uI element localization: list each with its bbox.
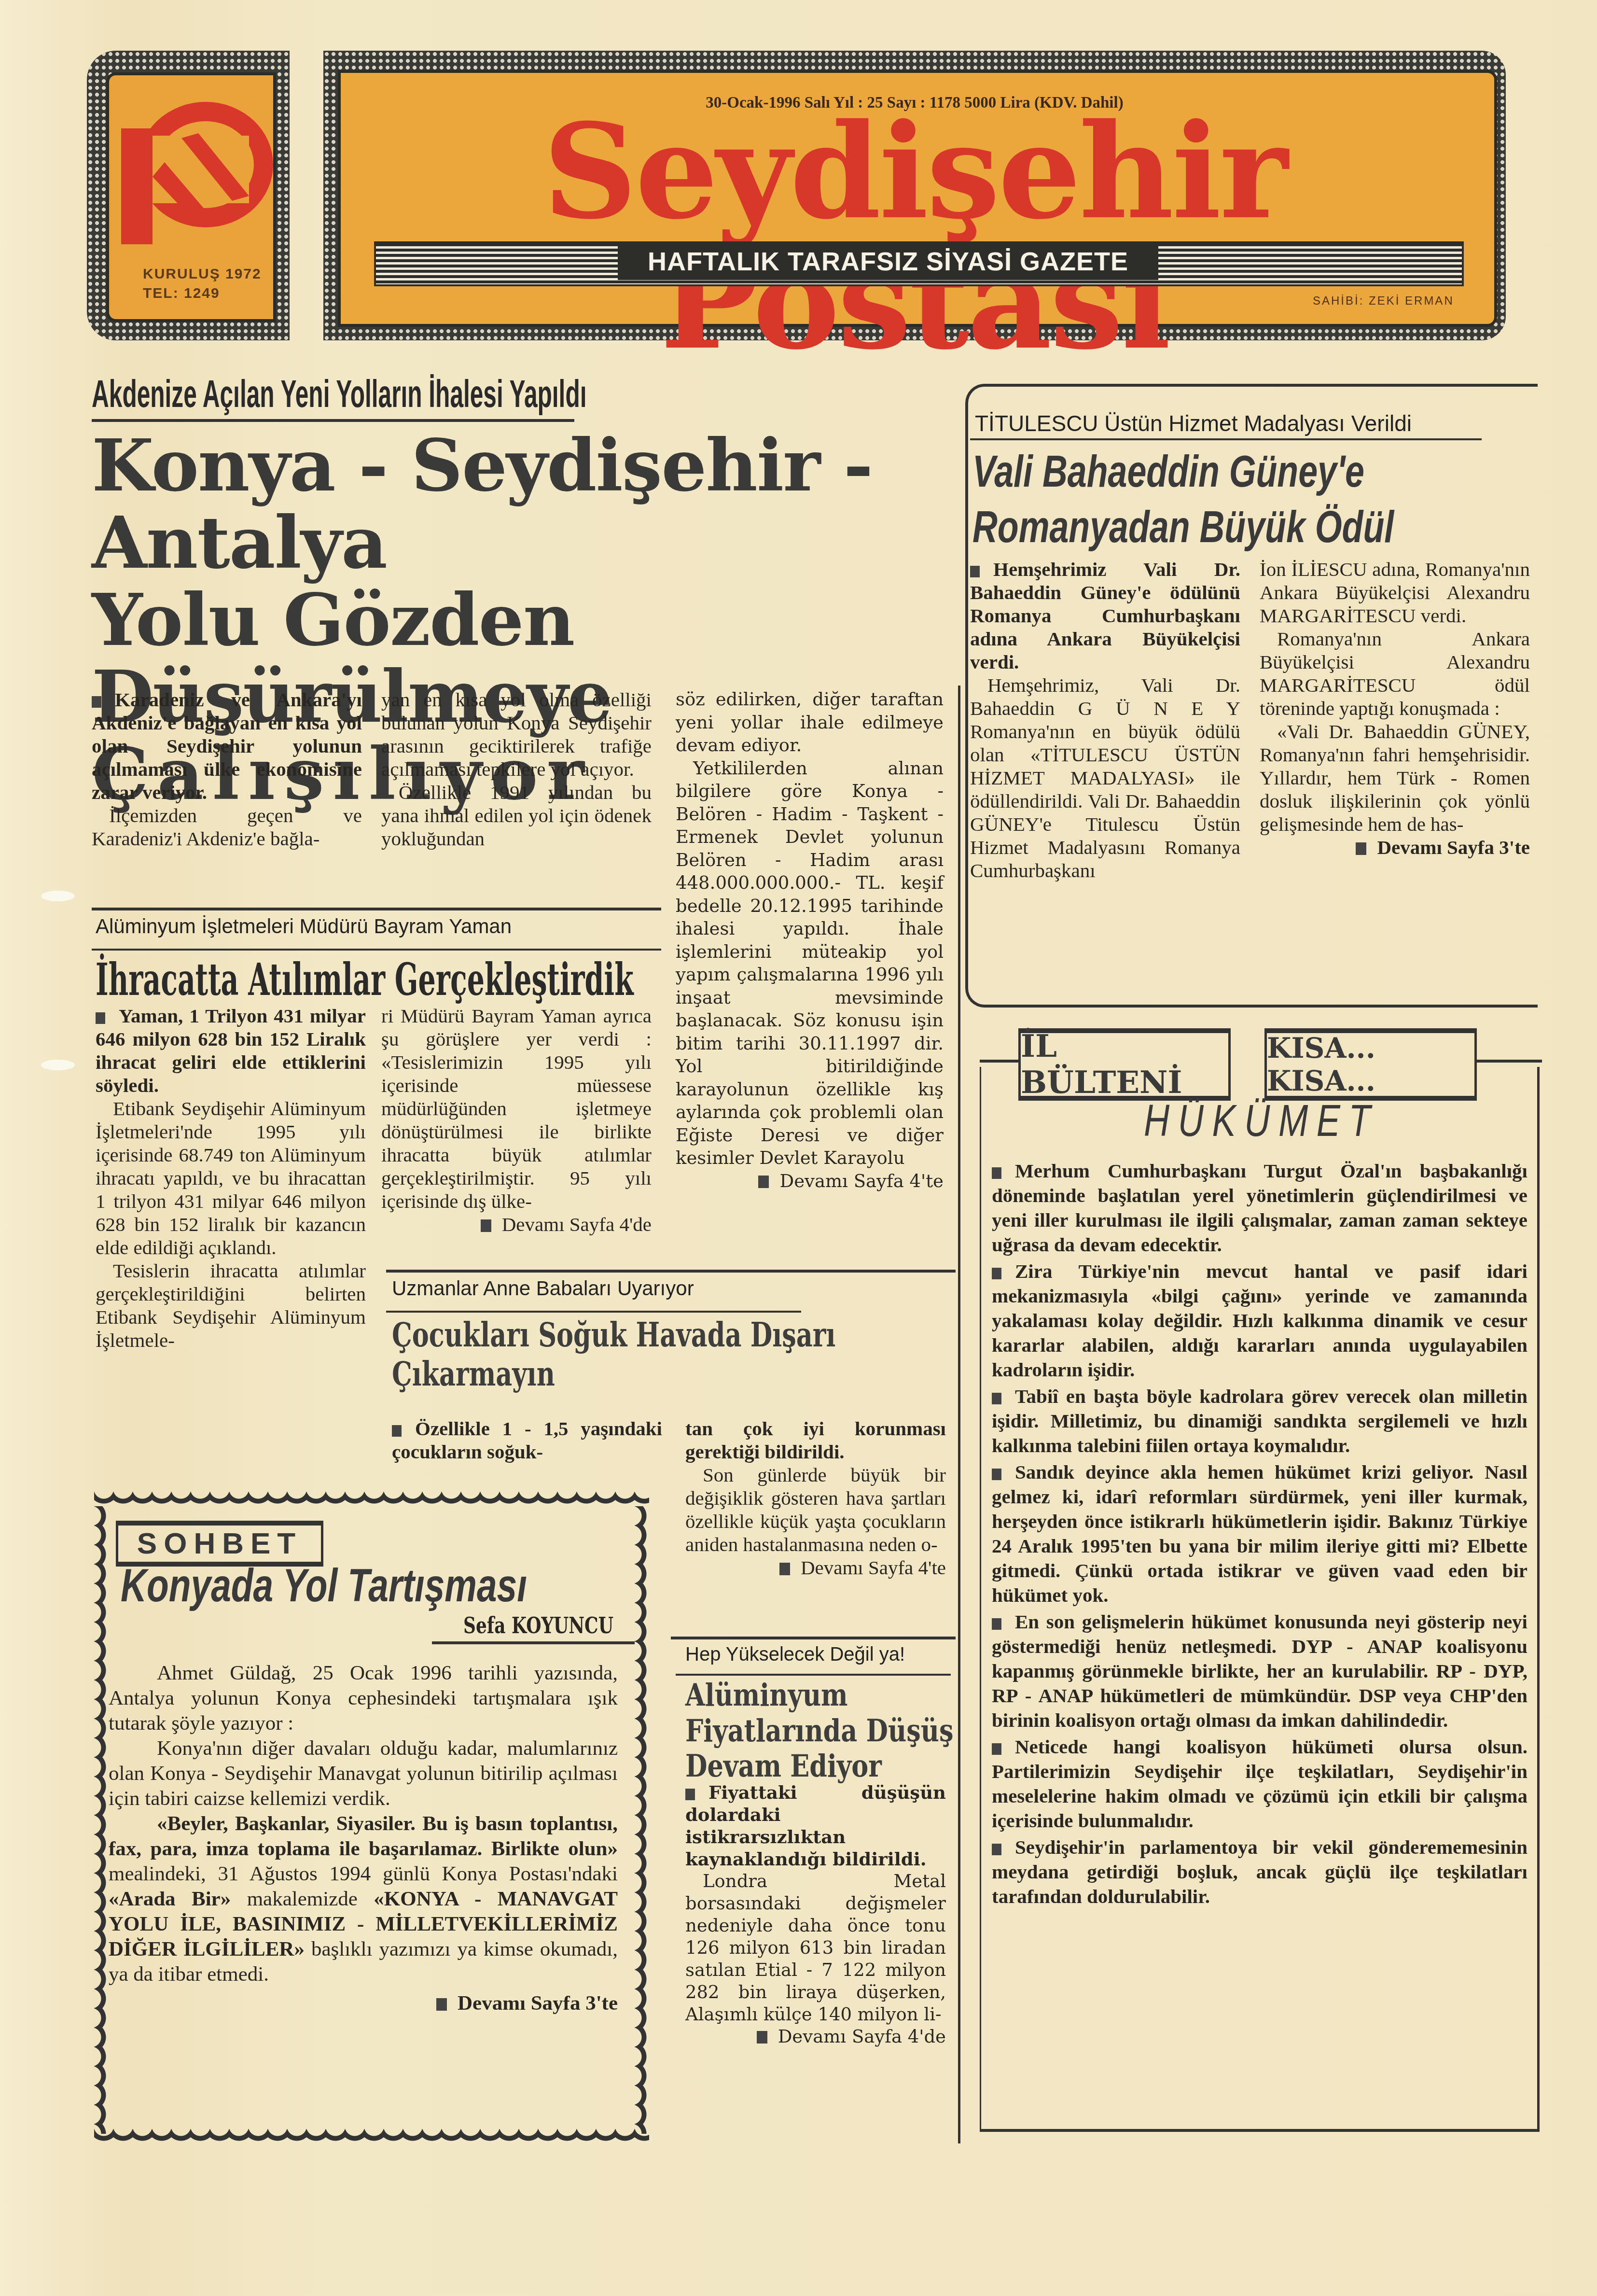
sohbet-author: Sefa KOYUNCU	[463, 1612, 613, 1638]
column-divider	[958, 686, 960, 2143]
divider	[432, 1641, 635, 1644]
titulescu-kicker: TİTULESCU Üstün Hizmet Madalyası Verildi	[975, 410, 1412, 436]
continued-link[interactable]: Devamı Sayfa 4'te	[685, 1556, 946, 1579]
price-kicker: Hep Yükselecek Değil ya!	[685, 1644, 905, 1666]
owner-label: SAHİBİ: ZEKİ ERMAN	[1313, 294, 1454, 308]
divider	[386, 1270, 956, 1273]
divider	[92, 908, 661, 910]
price-headline: Alüminyum Fiyatlarında Düşüş Devam Ediyo…	[685, 1678, 953, 1784]
children-col-2: tan çok iyi korunması gerektiği bildiril…	[685, 1417, 946, 1579]
il-bulteni-label: İL BÜLTENİ	[1018, 1028, 1231, 1101]
divider	[980, 2129, 1540, 2132]
children-headline: Çocukları Soğuk Havada Dışarı Çıkarmayın	[392, 1316, 835, 1393]
lead-col-3: söz edilirken, diğer taraftan yeni yolla…	[676, 688, 944, 1192]
divider	[980, 1060, 1018, 1063]
kisa-kisa-label: KISA... KISA...	[1264, 1028, 1477, 1101]
divider	[1474, 1060, 1542, 1063]
divider	[676, 1674, 951, 1676]
alu-col-2: ri Müdürü Bayram Yaman ayrıca şu görüşle…	[381, 1004, 652, 1236]
continued-link[interactable]: Devamı Sayfa 4'de	[685, 2026, 946, 2048]
box-right-border	[1537, 1067, 1540, 2129]
titulescu-headline: Vali Bahaeddin Güney'e Romanyadan Büyük …	[972, 444, 1394, 555]
continued-link[interactable]: Devamı Sayfa 4'te	[676, 1170, 944, 1193]
wavy-border-top	[94, 1492, 649, 1511]
founded-label: KURULUŞ 1972	[143, 266, 262, 282]
lead-col-1: Karadeniz ve Ankara'yı Akdeniz'e bağlaya…	[92, 688, 362, 850]
continued-link[interactable]: Devamı Sayfa 4'de	[381, 1213, 652, 1236]
punch-hole	[41, 1060, 75, 1070]
wavy-border-right	[635, 1506, 654, 2134]
titulescu-col-1: Hemşehrimiz Vali Dr. Bahaeddin Güney'e ö…	[970, 558, 1240, 882]
alu-kicker: Alüminyum İşletmeleri Müdürü Bayram Yama…	[96, 915, 512, 938]
hukumet-body: Merhum Cumhurbaşkanı Turgut Özal'ın başb…	[992, 1159, 1528, 1909]
alu-col-1: Yaman, 1 Trilyon 431 milyar 646 milyon 6…	[96, 1004, 366, 1352]
children-kicker: Uzmanlar Anne Babaları Uyarıyor	[392, 1277, 694, 1300]
titulescu-col-2: İon İLİESCU adına, Romanya'nın Ankara Bü…	[1260, 558, 1530, 859]
lead-col-2: yan en kısa yol olma özelliği bulunan yo…	[381, 688, 652, 850]
divider	[970, 438, 1482, 440]
logo-block: KURULUŞ 1972 TEL: 1249	[106, 72, 276, 322]
phone-label: TEL: 1249	[143, 285, 220, 302]
newspaper-title: Seydişehir Postası	[338, 106, 1491, 367]
wavy-border-bottom	[94, 2129, 649, 2148]
sohbet-headline: Konyada Yol Tartışması	[121, 1559, 527, 1612]
price-body: Fiyattaki düşüşün dolardaki istikrarsızl…	[685, 1781, 946, 2048]
tagline: HAFTALIK TARAFSIZ SİYASİ GAZETE	[618, 244, 1158, 280]
children-col-1: Özellikle 1 - 1,5 yaşındaki çocukların s…	[392, 1417, 662, 1463]
punch-hole	[41, 891, 75, 901]
divider	[92, 419, 574, 422]
box-left-border	[980, 1067, 981, 2129]
divider	[386, 1311, 801, 1313]
divider	[92, 949, 661, 951]
alu-headline: İhracatta Atılımlar Gerçekleştirdik	[96, 953, 634, 1006]
continued-link[interactable]: Devamı Sayfa 3'te	[1260, 836, 1530, 859]
divider	[671, 1637, 956, 1639]
ps-logo-icon	[109, 80, 273, 273]
hukumet-headline: HÜKÜMET	[1144, 1096, 1379, 1147]
lead-kicker: Akdenize Açılan Yeni Yolların İhalesi Ya…	[92, 372, 586, 416]
sohbet-body: Ahmet Güldağ, 25 Ocak 1996 tarihli yazıs…	[109, 1661, 618, 2016]
continued-link[interactable]: Devamı Sayfa 3'te	[109, 1991, 618, 2016]
